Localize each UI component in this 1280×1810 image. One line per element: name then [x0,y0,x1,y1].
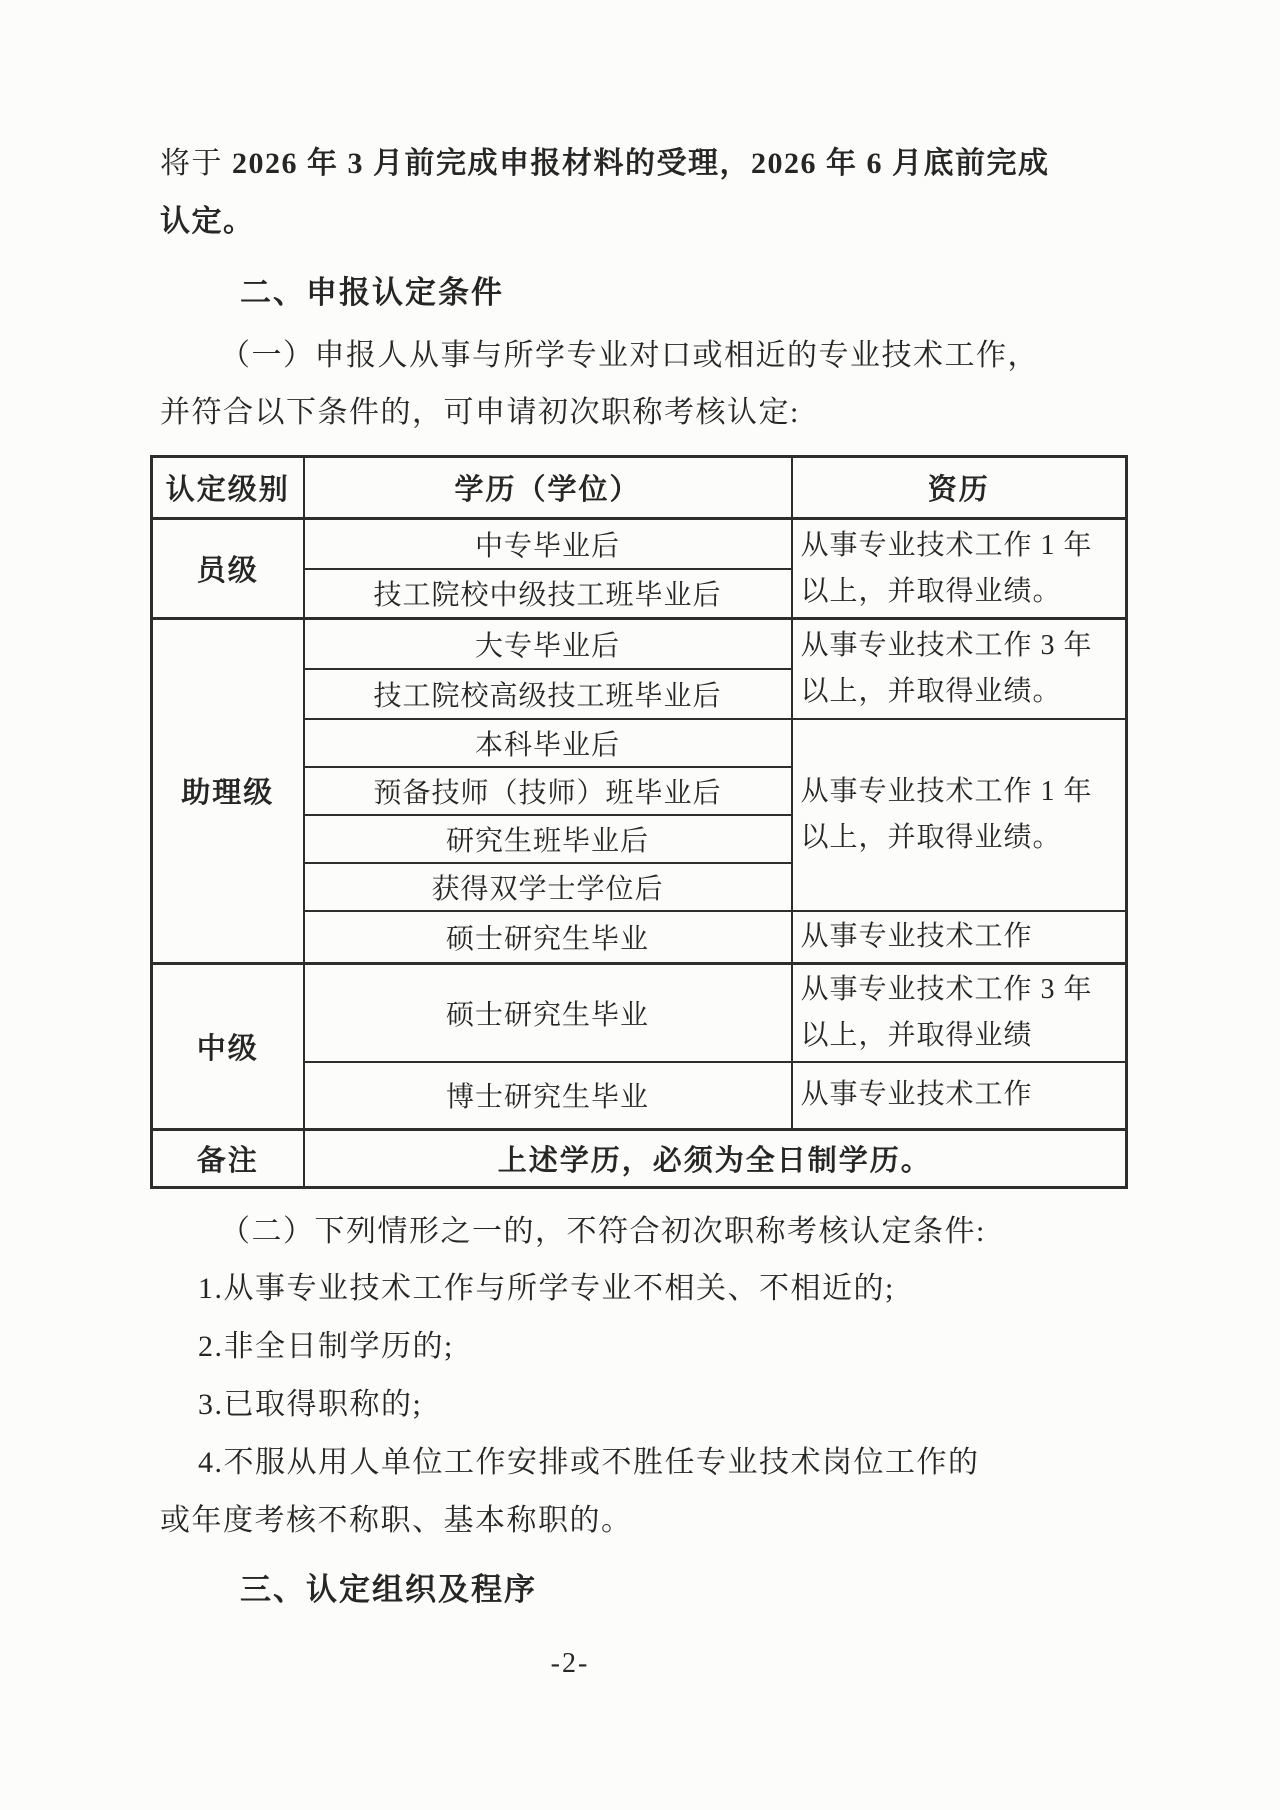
education-cell-yubei-jishi: 预备技师（技师）班毕业后 [304,767,792,815]
page-number: -2- [470,1648,670,1680]
header-level: 认定级别 [152,457,304,519]
table-row: 备注 上述学历，必须为全日制学历。 [152,1130,1127,1188]
section-heading-2: 二、申报认定条件 [160,273,1135,313]
intro-emphasis: 2026 年 3 月前完成申报材料的受理，2026 年 6 月底前完成 认定。 [160,147,1050,238]
list-item-1: 1.从事专业技术工作与所学专业不相关、不相近的; [160,1260,1135,1318]
header-education: 学历（学位） [304,457,792,519]
qualification-cell-yuan: 从事专业技术工作 1 年 以上，并取得业绩。 [792,519,1127,619]
intro-prefix: 将于 [160,147,232,180]
paragraph-condition-2: （二）下列情形之一的，不符合初次职称考核认定条件: [160,1203,1135,1260]
table-row: 助理级 大专毕业后 从事专业技术工作 3 年 以上，并取得业绩。 [152,619,1127,669]
paragraph-intro: 将于 2026 年 3 月前完成申报材料的受理，2026 年 6 月底前完成 认… [160,135,1135,251]
education-cell-shuang-xueshi: 获得双学士学位后 [304,863,792,911]
table-row: 员级 中专毕业后 从事专业技术工作 1 年 以上，并取得业绩。 [152,519,1127,569]
education-cell-jigong-high: 技工院校高级技工班毕业后 [304,669,792,719]
note-cell: 上述学历，必须为全日制学历。 [304,1130,1127,1188]
education-cell-benke: 本科毕业后 [304,719,792,767]
list-item-2: 2.非全日制学历的; [160,1318,1135,1376]
level-cell-assistant: 助理级 [152,619,304,964]
level-cell-yuan: 员级 [152,519,304,619]
paragraph-condition-1: （一）申报人从事与所学专业对口或相近的专业技术工作， 并符合以下条件的，可申请初… [160,327,1135,441]
conditions-table: 认定级别 学历（学位） 资历 员级 中专毕业后 从事专业技术工作 1 年 以上，… [150,455,1128,1189]
document-page: 将于 2026 年 3 月前完成申报材料的受理，2026 年 6 月底前完成 认… [0,0,1280,1810]
level-cell-note: 备注 [152,1130,304,1188]
section-heading-3: 三、认定组织及程序 [160,1570,1135,1610]
level-cell-middle: 中级 [152,963,304,1130]
qualification-cell-3y: 从事专业技术工作 3 年 以上，并取得业绩。 [792,619,1127,719]
qualification-cell-shuoshi: 从事专业技术工作 [792,911,1127,964]
education-cell-dazhuan: 大专毕业后 [304,619,792,669]
education-cell-zhongzhuan: 中专毕业后 [304,519,792,569]
education-cell-yanjiusheng-ban: 研究生班毕业后 [304,815,792,863]
qualification-cell-3y-middle: 从事专业技术工作 3 年 以上，并取得业绩 [792,963,1127,1062]
education-cell-boshi: 博士研究生毕业 [304,1062,792,1130]
education-cell-jigong-mid: 技工院校中级技工班毕业后 [304,569,792,619]
education-cell-shuoshi-middle: 硕士研究生毕业 [304,963,792,1062]
header-qualification: 资历 [792,457,1127,519]
table-row: 中级 硕士研究生毕业 从事专业技术工作 3 年 以上，并取得业绩 [152,963,1127,1062]
qualification-cell-boshi: 从事专业技术工作 [792,1062,1127,1130]
table-header-row: 认定级别 学历（学位） 资历 [152,457,1127,519]
list-item-4: 4.不服从用人单位工作安排或不胜任专业技术岗位工作的 或年度考核不称职、基本称职… [160,1434,1135,1550]
list-item-3: 3.已取得职称的; [160,1376,1135,1434]
education-cell-shuoshi-assistant: 硕士研究生毕业 [304,911,792,964]
qualification-cell-1y: 从事专业技术工作 1 年 以上，并取得业绩。 [792,719,1127,911]
